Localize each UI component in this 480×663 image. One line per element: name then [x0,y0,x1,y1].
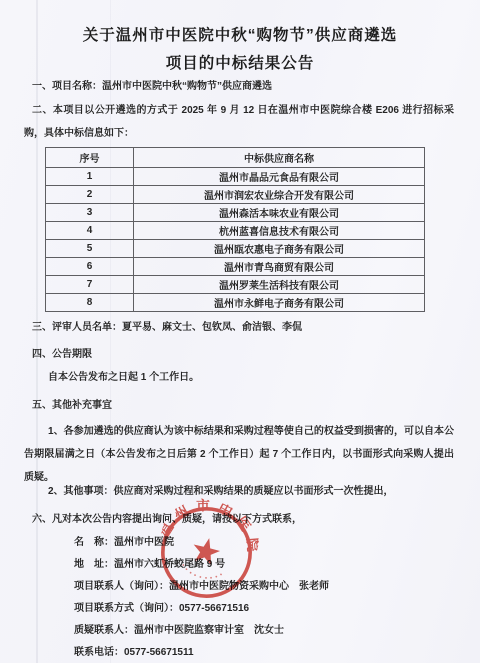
section-5-item-1: 1、各参加遴选的供应商认为该中标结果和采购过程等使自己的权益受到损害的，可以自本… [24,420,454,489]
header-supplier-name: 中标供应商名称 [134,148,425,168]
section-4-body: 自本公告发布之日起 1 个工作日。 [24,371,454,385]
section-6-title: 六、凡对本次公告内容提出询问、质疑，请按以下方式联系， [24,513,454,527]
contact-name: 名 称：温州市中医院 [24,536,454,550]
row-supplier-name: 杭州蓝喜信息技术有限公司 [134,222,425,240]
winners-table-header-row: 序号 中标供应商名称 [46,148,425,168]
section-5-item-2: 2、其他事项：供应商对采购过程和采购结果的质疑应以书面形式一次性提出， [24,485,454,499]
table-row: 7温州罗莱生活科技有限公司 [46,276,425,294]
section-2-procurement-info: 二、本项目以公开遴选的方式于 2025 年 9 月 12 日在温州市中医院综合楼… [24,99,454,145]
header-seq: 序号 [46,148,134,168]
table-row: 6温州市青鸟商贸有限公司 [46,258,425,276]
table-row: 5温州瓯农惠电子商务有限公司 [46,240,425,258]
winners-table: 序号 中标供应商名称 1温州市晶品元食品有限公司2温州市润宏农业综合开发有限公司… [45,147,425,312]
row-seq: 2 [46,186,134,204]
contact-complaint-person: 质疑联系人：温州市中医院监察审计室 沈女士 [24,624,454,638]
contact-project-person: 项目联系人（询问）：温州市中医院物资采购中心 张老师 [24,580,454,594]
document-title-line1: 关于温州市中医院中秋“购物节”供应商遴选 [24,22,456,50]
row-seq: 3 [46,204,134,222]
row-supplier-name: 温州市永鲜电子商务有限公司 [134,294,425,312]
official-seal-stamp: 温州市中医院 [147,491,266,614]
row-supplier-name: 温州森活本味农业有限公司 [134,204,425,222]
row-supplier-name: 温州市晶品元食品有限公司 [134,168,425,186]
section-4-title: 四、公告期限 [24,348,454,362]
table-row: 3温州森活本味农业有限公司 [46,204,425,222]
row-seq: 8 [46,294,134,312]
contact-complaint-phone: 联系电话：0577-56671511 [24,646,454,660]
section-5-title: 五、其他补充事宜 [24,399,454,413]
contact-project-phone: 项目联系方式（询问）：0577-56671516 [24,602,454,616]
row-supplier-name: 温州市润宏农业综合开发有限公司 [134,186,425,204]
row-supplier-name: 温州瓯农惠电子商务有限公司 [134,240,425,258]
table-row: 2温州市润宏农业综合开发有限公司 [46,186,425,204]
section-1-project-name: 一、项目名称：温州市中医院中秋“购物节”供应商遴选 [24,80,454,94]
row-supplier-name: 温州罗莱生活科技有限公司 [134,276,425,294]
row-seq: 7 [46,276,134,294]
document-title: 关于温州市中医院中秋“购物节”供应商遴选 项目的中标结果公告 [24,22,456,78]
row-supplier-name: 温州市青鸟商贸有限公司 [134,258,425,276]
row-seq: 1 [46,168,134,186]
row-seq: 4 [46,222,134,240]
document-title-line2: 项目的中标结果公告 [24,50,456,78]
contact-address: 地 址：温州市六虹桥蛟尾路 9 号 [24,558,454,572]
table-row: 8温州市永鲜电子商务有限公司 [46,294,425,312]
row-seq: 5 [46,240,134,258]
winners-table-body: 1温州市晶品元食品有限公司2温州市润宏农业综合开发有限公司3温州森活本味农业有限… [46,168,425,312]
row-seq: 6 [46,258,134,276]
section-3-review-panel: 三、评审人员名单：夏平易、麻文士、包钦凤、俞洁银、李侃 [24,321,454,335]
table-row: 4杭州蓝喜信息技术有限公司 [46,222,425,240]
table-row: 1温州市晶品元食品有限公司 [46,168,425,186]
scanned-announcement-page: 关于温州市中医院中秋“购物节”供应商遴选 项目的中标结果公告 一、项目名称：温州… [0,0,480,663]
